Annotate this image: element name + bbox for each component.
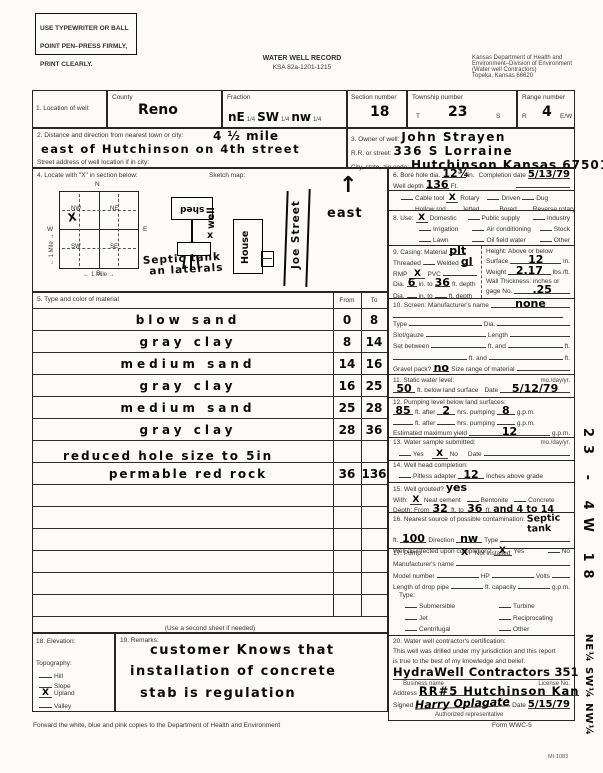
owner-label: 3. Owner of well: (351, 136, 399, 144)
agency-line: Topeka, Kansas 66620 (472, 73, 590, 79)
drop-pipe-blank (451, 581, 483, 589)
ft-and-label: ft. and (488, 343, 506, 351)
capacity-label: ft. capacity (485, 584, 516, 592)
public-supply-label: Public supply (482, 215, 520, 223)
turbine-label: Turbine (513, 603, 535, 611)
section-10-screen: 10. Screen: Manufacturer's namenone Type… (388, 298, 575, 375)
material-row (33, 572, 387, 595)
bore-dia-unit: in. (468, 172, 475, 180)
signed-label: Signed (393, 702, 413, 710)
est-max-yield-value: 12 (469, 428, 550, 436)
range-ew: E/W (560, 113, 572, 121)
well-label: well (207, 207, 217, 229)
surface-label: Surface (486, 258, 508, 266)
neat-cement-blank: X (410, 497, 422, 505)
material-label: 5. Type and color of material (37, 296, 119, 304)
gpm-label: g.p.m. (517, 420, 535, 428)
section-20-certification: 20. Water well contractor's certificatio… (388, 635, 575, 721)
material-row: gray clay 16 25 (33, 374, 387, 397)
section-number-label: Section number (351, 94, 397, 102)
surface-unit: in. (563, 258, 570, 266)
material-name: permable red rock (53, 468, 323, 480)
reciprocating-blank (499, 612, 511, 620)
material-row (33, 550, 387, 573)
direction-label: Direction (428, 537, 454, 545)
other-use-blank (540, 234, 552, 242)
grouted-value: yes (446, 484, 470, 491)
lawn-blank (419, 234, 431, 242)
static-level-value: 50 (393, 385, 415, 393)
hp-label: HP (481, 573, 490, 581)
house-label: House (241, 231, 251, 264)
range-r: R (522, 113, 527, 121)
sample-yes-blank (399, 448, 411, 456)
rr-street-label: R.R. or street: (351, 150, 391, 158)
cert-date-value: 5/15/79 (528, 701, 570, 709)
dia1-value: 6 (407, 279, 417, 287)
section-7-drill-method: Cable tool X Rotary Driven Dug Hollow ro… (388, 190, 575, 211)
section-15-grouted: 15. Well grouted?yes With:XNeat cementBe… (388, 482, 575, 513)
distance-hw-line1: 4 ½ mile (213, 130, 279, 142)
township-label: Township number (412, 94, 463, 102)
not-installed-mark: X (457, 550, 473, 557)
contamination-source-value: Septic tank (527, 513, 570, 534)
weight-unit: lbs./ft. (553, 269, 570, 277)
centrifugal-blank (405, 623, 417, 631)
volts-blank (552, 570, 570, 578)
screen-type-blank (409, 318, 482, 326)
section-14-well-head: 14. Well head completion: Pitless adapte… (388, 460, 575, 483)
one-mile-left-label: ← 1 Mile → (49, 234, 55, 265)
material-row: reduced hole size to 5in (33, 440, 387, 463)
ft-after-label: ft. after (415, 409, 435, 417)
remarks-line2: installation of concrete (130, 665, 336, 678)
completion-date-label: Completion date (479, 172, 526, 180)
one-mile-bottom-label: ← 1 Mile → (59, 272, 139, 278)
cell-distance-direction: 2. Distance and direction from nearest t… (32, 128, 347, 168)
certification-line1: This well was drilled under my jurisdict… (393, 648, 556, 656)
hill-blank (39, 670, 52, 678)
grouted-label: 15. Well grouted? (393, 486, 444, 494)
quarter-text: 1/4 (281, 117, 289, 123)
from-value: 0 (333, 314, 361, 326)
stock-blank (540, 223, 552, 231)
domestic-blank: X (416, 215, 428, 223)
contamination-distance-value: 100 (400, 535, 426, 543)
street-line-right (305, 189, 310, 287)
jet-label: Jet (419, 615, 428, 623)
to-header: To (361, 297, 387, 305)
other-pump-label: Other (513, 626, 529, 634)
gage-label: gage No. (486, 288, 512, 296)
public-supply-blank (468, 212, 480, 220)
material-row: permable red rock 36 136 (33, 462, 387, 485)
elevation-label: 18. Elevation: (36, 638, 75, 646)
sample-no-blank: X (432, 451, 448, 459)
material-name: blow sand (53, 314, 323, 326)
material-row: medium sand 14 16 (33, 352, 387, 375)
township-value: 23 (448, 105, 467, 119)
section-19-remarks: 19. Remarks: customer Knows that install… (115, 633, 388, 712)
material-name: reduced hole size to 5in (63, 450, 333, 462)
distance-hw-line2: east of Hutchinson on 4th street (41, 144, 300, 156)
ft-label: ft. (565, 355, 570, 363)
material-row (33, 506, 387, 529)
gravel-pack-value: no (433, 364, 449, 372)
valley-label: Valley (54, 703, 71, 711)
air-conditioning-blank (472, 223, 484, 231)
with-label: With: (393, 497, 408, 505)
cable-tool-label: Cable tool (415, 195, 444, 203)
static-date-label: Date (484, 387, 498, 395)
volts-label: Volts (536, 573, 550, 581)
shed-label: shed (180, 204, 204, 213)
length-blank (510, 329, 570, 337)
margin-note-quarters: NE¼ SW¼ NW¼ (583, 634, 593, 736)
dia1-ftdepth: ft. depth (452, 281, 476, 289)
set1-blank (431, 340, 486, 348)
section-6-bore-hole: 6. Bore hole dia. 12¾ in. Completion dat… (388, 168, 575, 191)
material-row: blow sand 0 8 (33, 308, 387, 331)
cell-location-of-well: 1. Location of well: (32, 90, 107, 128)
irrigation-label: Irrigation (433, 226, 458, 234)
grid-dash (118, 194, 119, 266)
set4-blank (489, 352, 563, 360)
set-between-label: Set between (393, 343, 429, 351)
from-value: 28 (333, 424, 361, 436)
sample-no-label: No (450, 451, 458, 459)
dug-label: Dug (536, 195, 548, 203)
house-box: House (233, 219, 263, 274)
grid-dash (79, 194, 80, 266)
weight-label: Weight (486, 269, 506, 277)
material-row: medium sand 25 28 (33, 396, 387, 419)
centrifugal-label: Centrifugal (419, 626, 450, 634)
section-number-value: 18 (370, 105, 389, 119)
cert-date-label: Date (512, 702, 526, 710)
section-x-mark: X (67, 211, 77, 223)
slot-blank (426, 329, 486, 337)
gravel-pack-label: Gravel pack? (393, 366, 431, 374)
section-17-pump: 17. Pump:XNot installed Manufacturer's n… (388, 548, 575, 636)
inches-above-grade-value: 12 (458, 471, 484, 479)
contamination-ft-label: ft. (393, 537, 398, 545)
contamination-type-label: Type (484, 537, 498, 545)
to-value: 28 (361, 402, 387, 414)
instruction-box: USE TYPEWRITER OR BALL POINT PEN–PRESS F… (35, 13, 137, 55)
material-row: gray clay 28 36 (33, 418, 387, 441)
quarter-text: 1/4 (313, 117, 321, 123)
fraction-value: nE 1/4 SW 1/4 nw 1/4 (228, 111, 321, 123)
above-grade-label: Inches above grade (486, 473, 543, 481)
section-quadrant-grid: NW NE SW SE X (59, 191, 139, 269)
screen-dia-label: Dia. (484, 321, 496, 329)
hrs-pumping-label: hrs. pumping (457, 420, 495, 428)
direction-value: nw (456, 535, 482, 543)
bentonite-blank (467, 494, 479, 502)
pitless-blank (399, 470, 411, 478)
screen-label: 10. Screen: Manufacturer's name (393, 302, 489, 310)
distance-label: 2. Distance and direction from nearest t… (37, 132, 183, 140)
model-blank (437, 570, 479, 578)
driven-label: Driven (501, 195, 520, 203)
dug-blank (522, 192, 534, 200)
material-name: gray clay (53, 336, 323, 348)
second-sheet-note: (Use a second sheet if needed) (165, 625, 255, 632)
from-value: 36 (333, 468, 361, 480)
fraction-hw: SW (257, 111, 279, 123)
pump-label: 17. Pump: (393, 550, 423, 558)
cell-range-number: Range number R 4 E/W (517, 90, 575, 128)
ft-after-label: ft. after (415, 420, 435, 428)
county-value: Reno (138, 103, 178, 117)
pump-mfr-blank (456, 558, 570, 566)
form-number: Form WWC-5 (492, 722, 532, 730)
set3-blank (393, 352, 467, 360)
sample-date-blank (484, 448, 570, 456)
section-4-locate: 4. Locate with "X" in section below: Ske… (32, 168, 388, 292)
cell-owner: 3. Owner of well: John Strayen R.R. or s… (347, 128, 575, 168)
screen-dia-blank (497, 318, 570, 326)
welded-label: Welded (437, 260, 459, 268)
from-value: 16 (333, 380, 361, 392)
section-13-water-sample: 13. Water sample submitted:mo./day/yr. Y… (388, 437, 575, 461)
section-8-use: 8. Use: XDomestic Public supply Industry… (388, 210, 575, 246)
sample-date-label: Date (468, 451, 482, 459)
second-sheet-note-row: (Use a second sheet if needed) (33, 616, 387, 634)
contamination-label: 16. Nearest source of possible contamina… (393, 516, 525, 524)
well-head-label: 14. Well head completion: (393, 462, 468, 470)
rotary-blank: X (446, 195, 458, 203)
pump-mfr-label: Manufacturer's name (393, 561, 454, 569)
screen-type-label: Type (393, 321, 407, 329)
material-name: gray clay (53, 424, 323, 436)
mo-day-yr-label: mo./day/yr. (541, 440, 570, 446)
concrete-blank (514, 494, 526, 502)
range-label: Range number (522, 94, 565, 102)
material-name: gray clay (53, 380, 323, 392)
threaded-blank (423, 257, 435, 265)
drop-pipe-label: Length of drop pipe (393, 584, 449, 592)
signature: Harry Oplagate (415, 698, 510, 709)
contamination-type-blank (500, 534, 570, 542)
material-row (33, 594, 387, 617)
pump-type-label: Type: (399, 592, 415, 600)
size-range-label: Size range of material (451, 366, 514, 374)
pump-gpm1-value: 8 (497, 407, 515, 415)
pvc-blank (443, 268, 477, 276)
depth1-value: 36 (435, 279, 450, 287)
well-x-mark: x (207, 231, 213, 241)
gage-value: .25 (514, 286, 570, 294)
dia2-blank (407, 290, 417, 298)
quad-sw-label: SW (71, 244, 81, 250)
welded-value: gl (461, 258, 473, 266)
well-depth-value: 136 (426, 181, 449, 189)
section-18-elevation: 18. Elevation: Topography: Hill Slope XU… (32, 633, 115, 712)
section-5-material: 5. Type and color of material From To bl… (32, 292, 388, 633)
pump-hrs1-value: 2 (437, 407, 455, 415)
size-range-blank (517, 363, 570, 371)
street-line-left (283, 191, 288, 286)
completion-date-value: 5/13/79 (528, 171, 570, 179)
set2-blank (508, 340, 563, 348)
ft-label: ft. (565, 343, 570, 351)
quad-se-label: SE (110, 244, 118, 250)
material-name: medium sand (53, 358, 323, 370)
material-row (33, 528, 387, 551)
oil-field-water-blank (472, 234, 484, 242)
to-value: 36 (361, 424, 387, 436)
authorized-rep-label: Authorized representative (435, 712, 503, 718)
cell-fraction: Fraction nE 1/4 SW 1/4 nw 1/4 (222, 90, 347, 128)
jet-blank (405, 612, 417, 620)
capacity-blank (518, 581, 550, 589)
compass-east-label: E (143, 226, 147, 234)
section-9-casing: 9. Casing: Materialplt ThreadedWeldedgl … (388, 245, 575, 299)
sketch-map-label: Sketch map: (209, 172, 245, 180)
locate-label: 4. Locate with "X" in section below: (37, 172, 138, 180)
casing-label: 9. Casing: Material (393, 249, 447, 257)
blank-line (516, 180, 570, 188)
rotary-label: Rotary (460, 195, 479, 203)
from-value: 25 (333, 402, 361, 414)
section-12-pumping-level: 12. Pumping level below land surfaces: 8… (388, 397, 575, 438)
dia1-into: in. to (419, 281, 433, 289)
other-pump-blank (499, 623, 511, 631)
water-well-record-form: USE TYPEWRITER OR BALL POINT PEN–PRESS F… (0, 0, 603, 773)
cell-section-number: Section number 18 (347, 90, 407, 128)
length-label: Length (488, 332, 508, 340)
east-label: east (327, 207, 363, 220)
domestic-label: Domestic (430, 215, 457, 223)
location-label: 1. Location of well: (36, 105, 90, 113)
pump-level2-blank (393, 417, 413, 425)
from-value: 8 (333, 336, 361, 348)
from-header: From (333, 297, 361, 305)
blank-line (393, 310, 563, 318)
street-address-label: Street address of well location if in ci… (37, 159, 149, 167)
doc-code: MI-1083 (548, 754, 568, 760)
hrs-pumping-label: hrs. pumping (457, 409, 495, 417)
cell-county: County Reno (107, 90, 222, 128)
compass-north-label: N (95, 181, 100, 189)
submersible-label: Submersible (419, 603, 455, 611)
upland-label: Upland (54, 690, 75, 698)
form-title: WATER WELL RECORD (232, 55, 372, 64)
rr-street-value: 336 S Lorraine (393, 145, 513, 157)
annex-line (262, 258, 272, 259)
address-label: Address (393, 690, 417, 698)
agency-block: Kansas Department of Health and Environm… (472, 55, 590, 79)
license-number-value: 351 (554, 667, 578, 679)
bore-dia-value: 12¾ (442, 170, 465, 178)
to-value: 25 (361, 380, 387, 392)
below-surface-label: ft. below land surface (417, 387, 478, 395)
range-value: 4 (542, 105, 552, 119)
slope-blank (39, 680, 52, 688)
stock-label: Stock (554, 226, 570, 234)
business-name-value: HydraWell Contractors (393, 667, 550, 679)
county-label: County (112, 94, 133, 102)
form-statute: KSA 82a-1201-1215 (232, 64, 372, 72)
township-t: T (416, 113, 420, 121)
ft-and-label: ft. and (469, 355, 487, 363)
gpm-label: g.p.m. (517, 409, 535, 417)
model-number-label: Model number (393, 573, 435, 581)
cell-township-number: Township number T 23 S (407, 90, 517, 128)
dia1-label: Dia. (393, 281, 405, 289)
section-16-contamination: 16. Nearest source of possible contamina… (388, 512, 575, 549)
township-s: S (496, 113, 500, 121)
form-title-block: WATER WELL RECORD KSA 82a-1201-1215 (232, 55, 372, 72)
owner-value: John Strayen (401, 131, 506, 143)
pump-gpm2-blank (497, 417, 515, 425)
industry-blank (533, 212, 545, 220)
fraction-hw: nw (291, 111, 311, 123)
hp-blank (492, 570, 534, 578)
material-name: medium sand (53, 402, 323, 414)
water-sample-label: 13. Water sample submitted: (393, 439, 476, 447)
instruction-text: USE TYPEWRITER OR BALL POINT PEN–PRESS F… (40, 25, 128, 68)
rmp-label: RMP (393, 271, 407, 279)
sample-yes-label: Yes (413, 451, 424, 459)
from-value: 14 (333, 358, 361, 370)
use-label: 8. Use: (393, 215, 414, 223)
remarks-line3: stab is regulation (140, 687, 296, 700)
valley-blank (39, 700, 52, 708)
material-row: gray clay 8 14 (33, 330, 387, 353)
submersible-blank (405, 600, 417, 608)
to-value: 16 (361, 358, 387, 370)
section-11-static-level: 11. Static water level:mo./day/yr. 50ft.… (388, 374, 575, 398)
house-annex-box (261, 251, 274, 267)
weight-value: 2.17 (508, 267, 551, 275)
to-value: 136 (361, 468, 387, 480)
grid-center-hline (60, 229, 138, 230)
pump-hrs2-blank (437, 417, 455, 425)
driven-blank (487, 192, 499, 200)
depth2-blank (435, 290, 447, 298)
turbine-blank (499, 600, 511, 608)
irrigation-blank (419, 223, 431, 231)
certification-label: 20. Water well contractor's certificatio… (393, 638, 506, 646)
industry-label: Industry (547, 215, 570, 223)
cable-tool-blank (401, 192, 413, 200)
street-label: Joe Street (291, 200, 302, 269)
upland-blank: X (39, 690, 52, 698)
to-value: 14 (361, 336, 387, 348)
not-installed-label: Not installed (475, 550, 511, 558)
quad-ne-label: NE (110, 206, 118, 212)
to-value: 8 (361, 314, 387, 326)
septic-pipe-line (191, 220, 193, 242)
margin-note-legal: 23 - 4W 18 (581, 428, 594, 587)
casing-material-value: plt (449, 247, 466, 255)
material-row (33, 484, 387, 507)
pump-level1-value: 85 (393, 407, 413, 415)
screen-mfr-value: none (491, 300, 570, 308)
topography-label: Topography: (36, 660, 72, 668)
static-date-value: 5/12/79 (500, 385, 570, 393)
threaded-label: Threaded (393, 260, 421, 268)
footer-note: Forward the white, blue and pink copies … (33, 722, 280, 730)
remarks-line1: customer Knows that (150, 644, 335, 657)
east-arrow: ↑ (339, 175, 357, 197)
quarter-text: 1/4 (247, 117, 255, 123)
reciprocating-label: Reciprocating (513, 615, 553, 623)
grid-center-vline (99, 192, 100, 268)
